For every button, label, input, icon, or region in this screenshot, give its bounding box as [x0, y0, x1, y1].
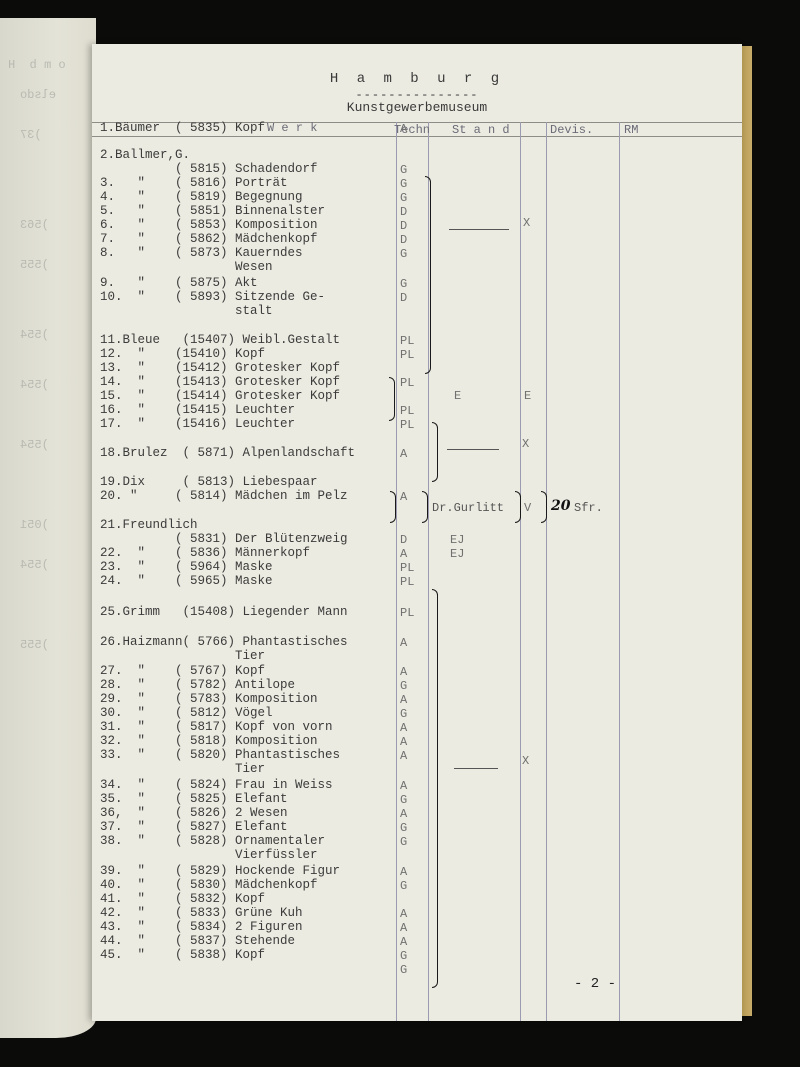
list-item: 35. " ( 5825) Elefant: [100, 792, 288, 806]
book-edge: [742, 46, 752, 1016]
technique-value: G: [400, 707, 407, 721]
list-item: 36, " ( 5826) 2 Wesen: [100, 806, 288, 820]
group-brace: [432, 589, 438, 988]
bleed-through-text: )563: [20, 218, 49, 232]
stand-mark: X: [522, 754, 529, 768]
list-item: 1.Bäumer ( 5835) Kopf: [100, 121, 265, 135]
stand-mark: X: [523, 216, 530, 230]
list-item: ( 5815) Schadendorf: [100, 162, 318, 176]
technique-value: PL: [400, 575, 414, 589]
list-item: 17. " (15416) Leuchter: [100, 417, 295, 431]
institution-heading: Kunstgewerbemuseum: [92, 100, 742, 115]
list-item: 20. " ( 5814) Mädchen im Pelz: [100, 489, 348, 503]
technique-value: A: [400, 921, 407, 935]
technique-value: A: [400, 547, 407, 561]
technique-value: PL: [400, 606, 414, 620]
list-item: ( 5831) Der Blütenzweig: [100, 532, 348, 546]
list-item: 41. " ( 5832) Kopf: [100, 892, 265, 906]
bleed-through-text: )555: [20, 258, 49, 272]
list-item: 21.Freundlich: [100, 518, 198, 532]
stand-value: E: [454, 389, 461, 403]
stand-dash: [447, 449, 499, 450]
list-item: 30. " ( 5812) Vögel: [100, 706, 273, 720]
technique-value: D: [400, 291, 407, 305]
technique-value: G: [400, 191, 407, 205]
list-item: 3. " ( 5816) Porträt: [100, 176, 288, 190]
stand-value: EJ: [450, 533, 464, 547]
column-header-werk: W e r k: [267, 121, 317, 135]
technique-value: A: [400, 490, 407, 504]
group-brace: [515, 491, 521, 523]
list-item: Tier: [100, 649, 265, 663]
list-item: 40. " ( 5830) Mädchenkopf: [100, 878, 318, 892]
list-item: 19.Dix ( 5813) Liebespaar: [100, 475, 318, 489]
list-item: 31. " ( 5817) Kopf von vorn: [100, 720, 333, 734]
list-item: 2.Ballmer,G.: [100, 148, 190, 162]
group-brace: [432, 422, 438, 482]
list-item: 12. " (15410) Kopf: [100, 347, 265, 361]
column-header-rm: RM: [624, 123, 638, 137]
technique-value: D: [400, 205, 407, 219]
technique-value: A: [400, 665, 407, 679]
technique-value: G: [400, 163, 407, 177]
amount-currency: Sfr.: [574, 501, 603, 515]
list-item: 7. " ( 5862) Mädchenkopf: [100, 232, 318, 246]
stand-value: EJ: [450, 547, 464, 561]
technique-value: PL: [400, 334, 414, 348]
technique-value: A: [400, 865, 407, 879]
list-item: 22. " ( 5836) Männerkopf: [100, 546, 310, 560]
technique-value: PL: [400, 348, 414, 362]
list-item: 5. " ( 5851) Binnenalster: [100, 204, 325, 218]
list-item: 29. " ( 5783) Komposition: [100, 692, 318, 706]
technique-value: PL: [400, 418, 414, 432]
list-item: 24. " ( 5965) Maske: [100, 574, 273, 588]
technique-value: PL: [400, 376, 414, 390]
list-item: Vierfüssler: [100, 848, 318, 862]
technique-value: PL: [400, 404, 414, 418]
city-heading: H a m b u r g: [92, 71, 742, 87]
list-item: 26.Haizmann( 5766) Phantastisches: [100, 635, 348, 649]
technique-value: D: [400, 233, 407, 247]
group-brace: [425, 176, 431, 374]
technique-value: PL: [400, 561, 414, 575]
list-item: 15. " (15414) Grotesker Kopf: [100, 389, 340, 403]
stand-dash: [449, 229, 509, 230]
bleed-through-text: )37: [20, 128, 42, 142]
technique-value: A: [400, 907, 407, 921]
list-item: 13. " (15412) Grotesker Kopf: [100, 361, 340, 375]
technique-value: G: [400, 949, 407, 963]
technique-value: A: [400, 693, 407, 707]
list-item: 27. " ( 5767) Kopf: [100, 664, 265, 678]
list-item: stalt: [100, 304, 273, 318]
column-divider-techn: [396, 122, 397, 1021]
stand-dash: [454, 768, 498, 769]
bleed-through-text: )051: [20, 518, 49, 532]
devis-mark: V: [524, 501, 531, 515]
list-item: 10. " ( 5893) Sitzende Ge-: [100, 290, 325, 304]
list-item: 38. " ( 5828) Ornamentaler: [100, 834, 325, 848]
technique-value: A: [400, 122, 407, 136]
list-item: 39. " ( 5829) Hockende Figur: [100, 864, 340, 878]
list-item: 4. " ( 5819) Begegnung: [100, 190, 303, 204]
list-item: 14. " (15413) Grotesker Kopf: [100, 375, 340, 389]
technique-value: G: [400, 793, 407, 807]
column-divider-devis: [546, 122, 547, 1021]
stand-value: Dr.Gurlitt: [432, 501, 504, 515]
list-item: 11.Bleue (15407) Weibl.Gestalt: [100, 333, 340, 347]
list-item: Wesen: [100, 260, 273, 274]
group-brace: [541, 491, 547, 523]
group-brace: [389, 377, 395, 421]
stand-mark: X: [522, 437, 529, 451]
devis-value: E: [524, 389, 531, 403]
technique-value: G: [400, 277, 407, 291]
list-item: 43. " ( 5834) 2 Figuren: [100, 920, 303, 934]
technique-value: A: [400, 735, 407, 749]
technique-value: G: [400, 247, 407, 261]
list-item: 37. " ( 5827) Elefant: [100, 820, 288, 834]
technique-value: G: [400, 177, 407, 191]
bleed-through-text: )554: [20, 378, 49, 392]
list-item: 23. " ( 5964) Maske: [100, 560, 273, 574]
column-divider-stand-sub: [520, 122, 521, 1021]
list-item: 16. " (15415) Leuchter: [100, 403, 295, 417]
column-divider-rm: [619, 122, 620, 1021]
group-brace: [422, 491, 428, 523]
bleed-through-text: o m b H: [8, 58, 66, 72]
technique-value: A: [400, 935, 407, 949]
technique-value: G: [400, 821, 407, 835]
bleed-through-text: )554: [20, 558, 49, 572]
technique-value: A: [400, 749, 407, 763]
technique-value: D: [400, 533, 407, 547]
bleed-through-text: )554: [20, 438, 49, 452]
technique-value: G: [400, 835, 407, 849]
technique-value: A: [400, 447, 407, 461]
technique-value: G: [400, 879, 407, 893]
technique-value: A: [400, 721, 407, 735]
technique-value: A: [400, 636, 407, 650]
list-item: 25.Grimm (15408) Liegender Mann: [100, 605, 348, 619]
bleed-through-text: elsdo: [20, 88, 56, 102]
list-item: 44. " ( 5837) Stehende: [100, 934, 295, 948]
technique-value: A: [400, 807, 407, 821]
bleed-through-text: )554: [20, 328, 49, 342]
list-item: 9. " ( 5875) Akt: [100, 276, 258, 290]
list-item: 32. " ( 5818) Komposition: [100, 734, 318, 748]
column-header-stand: St a n d: [452, 123, 510, 137]
list-item: 6. " ( 5853) Komposition: [100, 218, 318, 232]
list-item: 45. " ( 5838) Kopf: [100, 948, 265, 962]
document-page: H a m b u r g --------------- Kunstgewer…: [92, 44, 742, 1021]
list-item: 28. " ( 5782) Antilope: [100, 678, 295, 692]
technique-value: G: [400, 963, 407, 977]
list-item: 34. " ( 5824) Frau in Weiss: [100, 778, 333, 792]
list-item: 8. " ( 5873) Kauerndes: [100, 246, 303, 260]
technique-value: D: [400, 219, 407, 233]
column-header-devis: Devis.: [550, 123, 593, 137]
group-brace: [390, 491, 396, 523]
list-item: 42. " ( 5833) Grüne Kuh: [100, 906, 303, 920]
handwritten-amount: 20: [551, 498, 570, 514]
previous-page-edge: o m b H elsdo )37 )563 )555 )554 )554 )5…: [0, 18, 96, 1038]
technique-value: A: [400, 779, 407, 793]
technique-value: G: [400, 679, 407, 693]
page-number: - 2 -: [574, 976, 616, 992]
list-item: Tier: [100, 762, 265, 776]
list-item: 18.Brulez ( 5871) Alpenlandschaft: [100, 446, 355, 460]
bleed-through-text: )555: [20, 638, 49, 652]
list-item: 33. " ( 5820) Phantastisches: [100, 748, 340, 762]
